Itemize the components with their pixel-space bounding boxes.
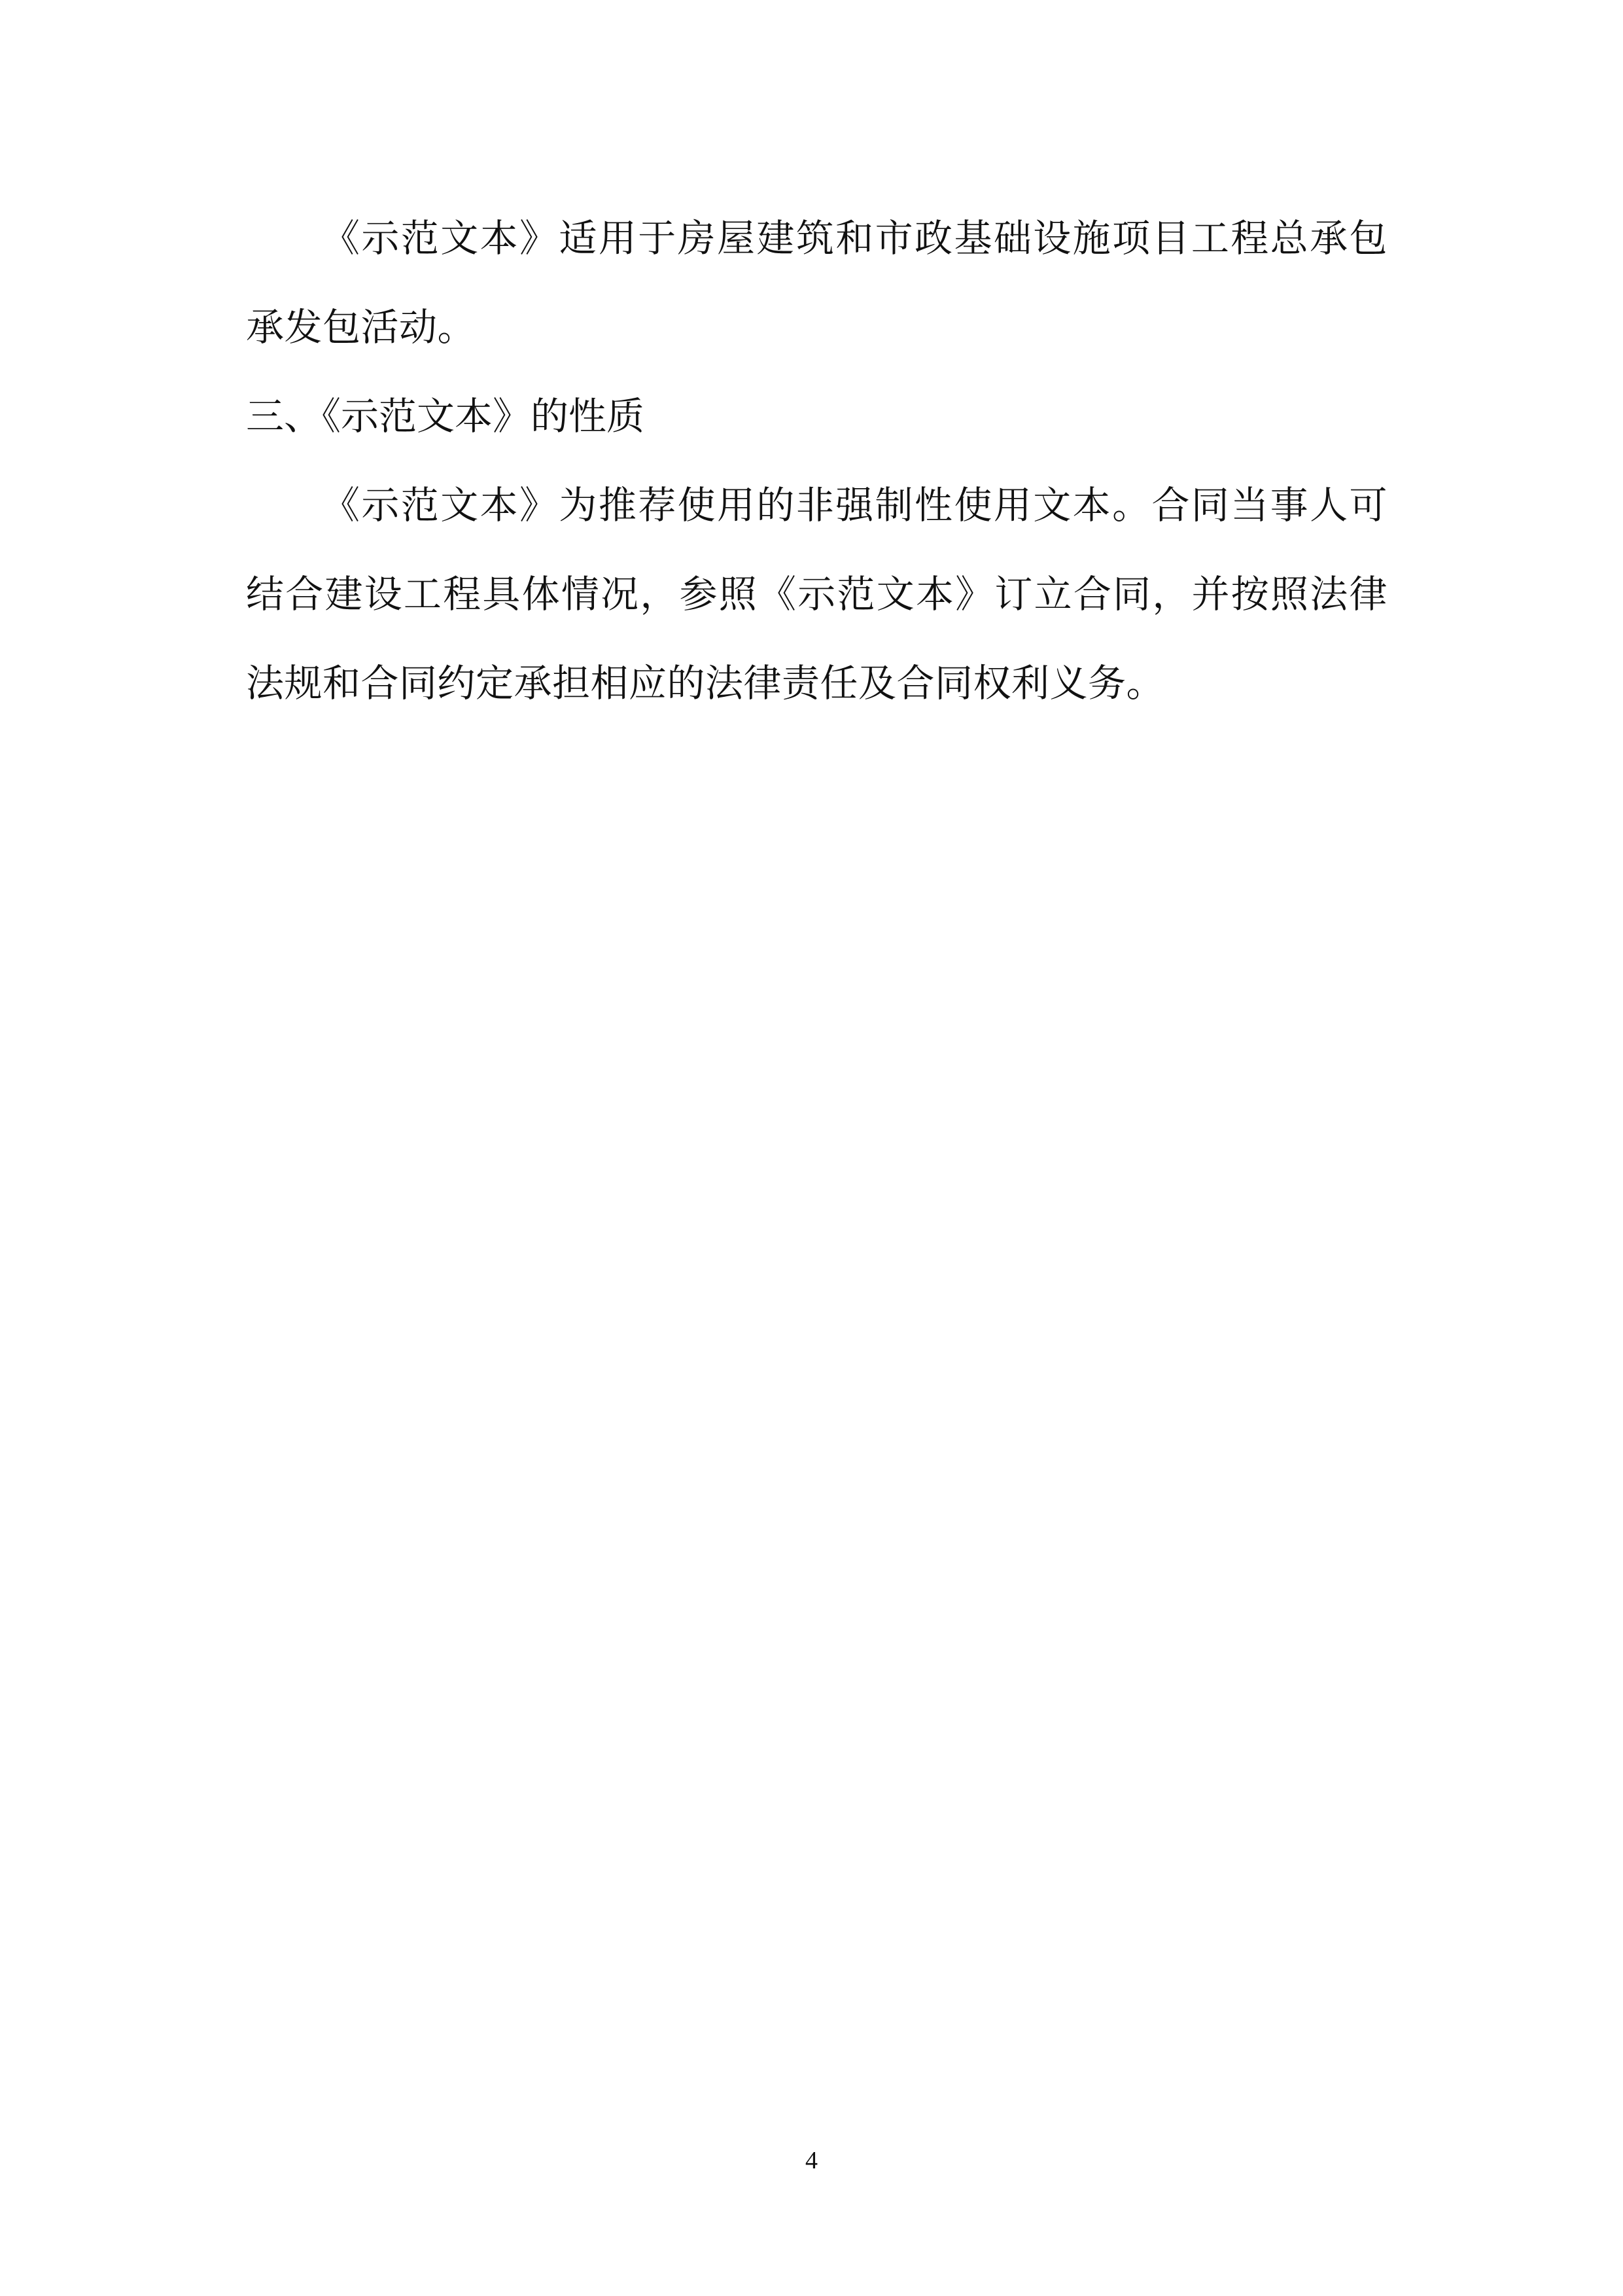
section-heading-nature: 三、《示范文本》的性质 [246,372,1387,461]
document-page: 《示范文本》适用于房屋建筑和市政基础设施项目工程总承包承发包活动。 三、《示范文… [0,0,1623,2296]
page-number: 4 [0,2146,1623,2175]
page-content: 《示范文本》适用于房屋建筑和市政基础设施项目工程总承包承发包活动。 三、《示范文… [246,194,1387,728]
paragraph-scope: 《示范文本》适用于房屋建筑和市政基础设施项目工程总承包承发包活动。 [246,194,1387,372]
paragraph-nature: 《示范文本》为推荐使用的非强制性使用文本。合同当事人可结合建设工程具体情况，参照… [246,461,1387,728]
